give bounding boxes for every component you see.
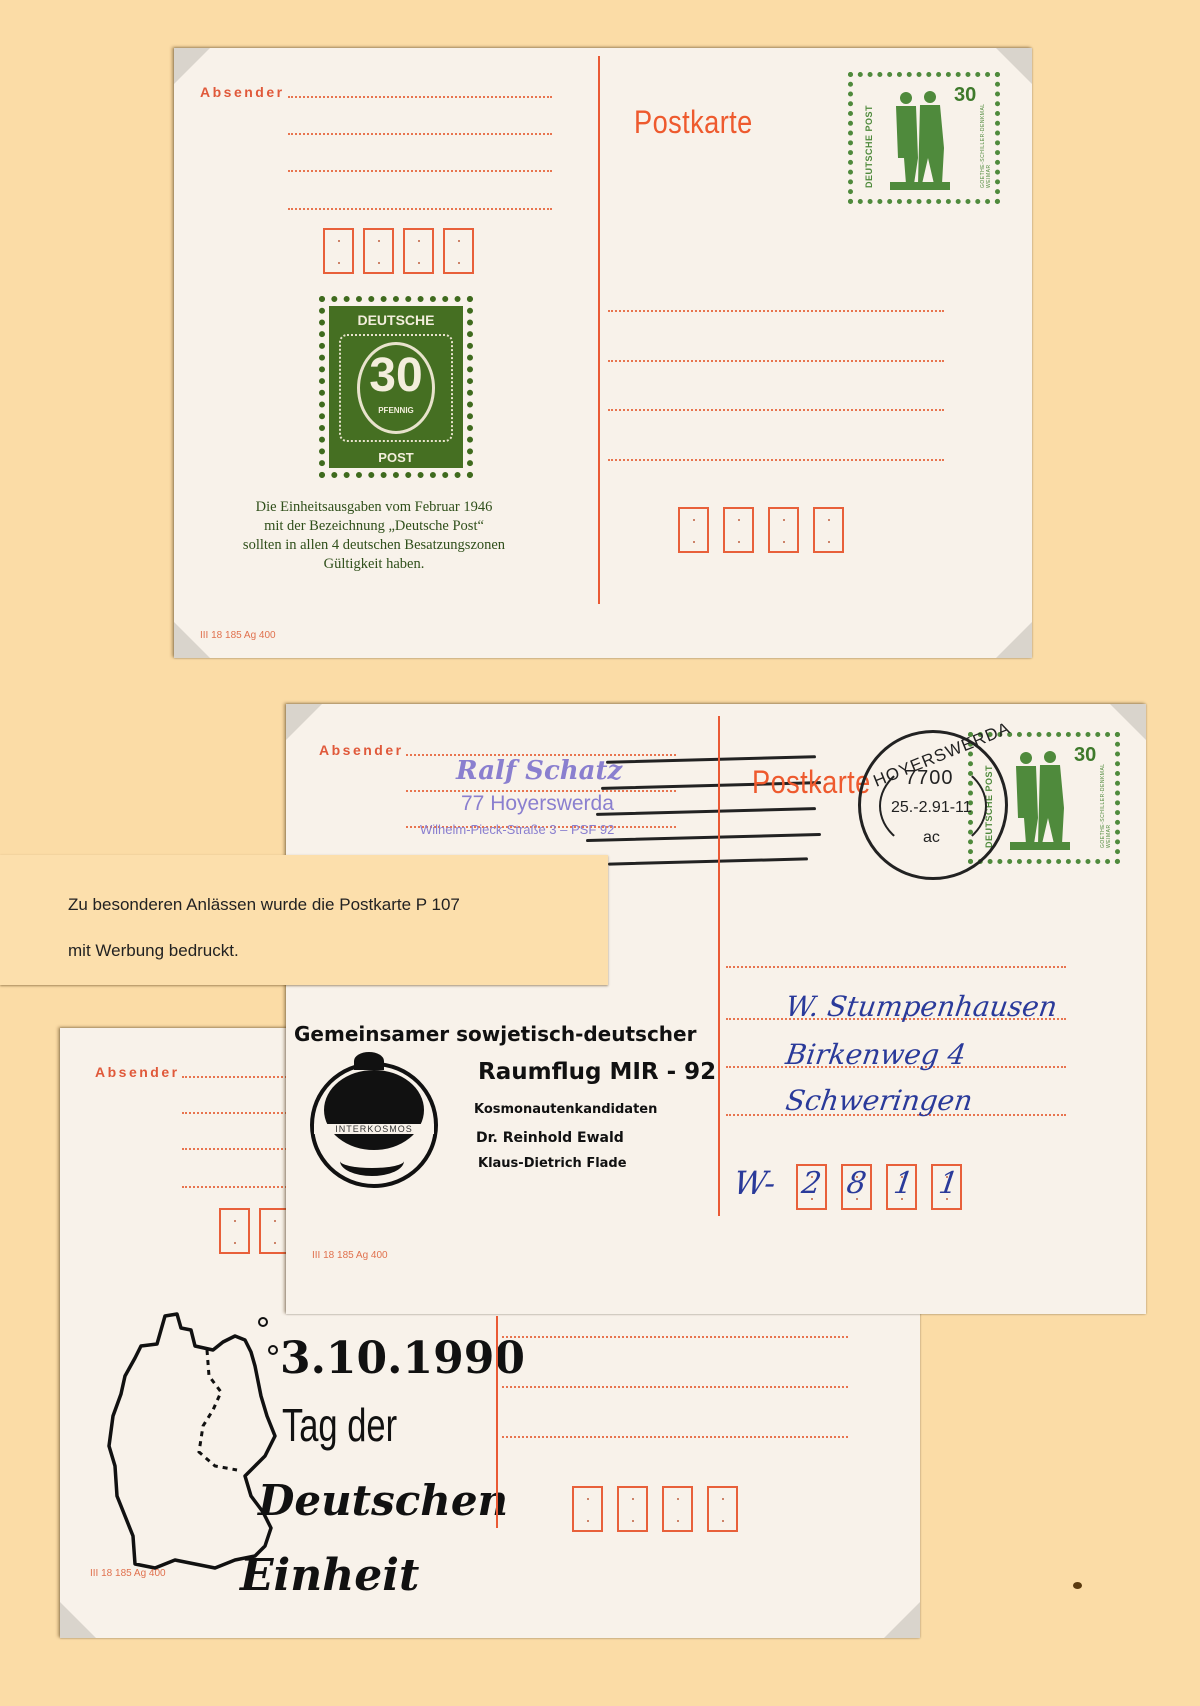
stamp-bottom-text: POST xyxy=(329,450,463,465)
goethe-schiller-stamp: DEUTSCHE POST 30 GOETHE-SCHILLER-DENKMAL… xyxy=(848,72,1000,204)
zip-digit: 1 xyxy=(937,1166,961,1201)
stamp-top-text: DEUTSCHE xyxy=(329,312,463,328)
address-line xyxy=(726,966,1066,968)
print-code: III 18 185 Ag 400 xyxy=(200,630,276,641)
sender-line xyxy=(288,96,552,98)
photo-corner xyxy=(996,48,1032,84)
sender-zip-box xyxy=(219,1208,250,1254)
photo-corner xyxy=(884,1602,920,1638)
address-line xyxy=(608,409,944,411)
zip-box xyxy=(813,507,844,553)
zip-box: 1 xyxy=(931,1164,962,1210)
address-line xyxy=(502,1336,848,1338)
sender-stamp-name: Ralf Schatz xyxy=(456,756,622,786)
advert-line-2: Raumflug MIR - 92 xyxy=(478,1059,716,1085)
postcard-einheitsausgaben: Absender DEUTSCHE 30 PFENNIG POST Die Ei… xyxy=(174,48,1032,658)
zip-box xyxy=(707,1486,738,1532)
address-line xyxy=(502,1386,848,1388)
postkarte-title: Postkarte xyxy=(752,764,871,801)
stamp-value: 30 xyxy=(1074,744,1096,767)
postkarte-title: Postkarte xyxy=(634,104,753,141)
sender-line xyxy=(288,133,552,135)
sender-stamp-city: 77 Hoyerswerda xyxy=(461,792,614,816)
zip-digit: 1 xyxy=(892,1166,916,1201)
sender-label: Absender xyxy=(319,742,404,758)
sender-zip-box xyxy=(363,228,394,274)
zip-box: 8 xyxy=(841,1164,872,1210)
unity-line-tag-der: Tag der xyxy=(282,1398,397,1452)
postmark-postcode: 7700 xyxy=(905,767,954,790)
zip-box: 2 xyxy=(796,1164,827,1210)
photo-corner xyxy=(60,1602,96,1638)
postmark: HOYERSWERDA 7700 25.-2.91-11 ac xyxy=(858,730,1008,880)
recipient-city: Schweringen xyxy=(784,1084,975,1117)
zip-box xyxy=(617,1486,648,1532)
advert-line-5: Klaus-Dietrich Flade xyxy=(478,1156,627,1171)
sender-line xyxy=(182,1148,302,1150)
sender-line xyxy=(182,1076,302,1078)
divider-line xyxy=(718,716,720,1216)
sender-line xyxy=(288,208,552,210)
zip-digit: 8 xyxy=(845,1166,869,1201)
cancellation-line xyxy=(608,857,808,865)
print-code: III 18 185 Ag 400 xyxy=(312,1250,388,1261)
zip-box xyxy=(662,1486,693,1532)
postmark-date: 25.-2.91-11 xyxy=(891,799,972,817)
statue-icon xyxy=(1004,748,1074,850)
postcard-mir92: Absender Ralf Schatz 77 Hoyerswerda Wilh… xyxy=(286,704,1146,1314)
germany-map-icon xyxy=(95,1306,295,1586)
zip-digit: 2 xyxy=(800,1166,824,1201)
stamp-caption: GOETHE-SCHILLER-DENKMAL WEIMAR xyxy=(1100,748,1112,848)
zip-box xyxy=(572,1486,603,1532)
stamp-value: 30 xyxy=(329,348,463,403)
zip-box xyxy=(678,507,709,553)
cancellation-line xyxy=(596,807,816,816)
address-line xyxy=(608,310,944,312)
note-line-2: mit Werbung bedruckt. xyxy=(68,941,239,961)
advert-line-3: Kosmonautenkandidaten xyxy=(474,1102,657,1117)
unity-date: 3.10.1990 xyxy=(280,1333,525,1384)
cancellation-line xyxy=(606,755,816,763)
sender-line xyxy=(182,1112,302,1114)
address-line xyxy=(502,1436,848,1438)
recipient-name: W. Stumpenhausen xyxy=(784,990,1060,1023)
stamp-value: 30 xyxy=(954,84,976,107)
print-code: III 18 185 Ag 400 xyxy=(90,1568,166,1579)
zip-box xyxy=(723,507,754,553)
interkosmos-logo: INTERKOSMOS xyxy=(310,1062,438,1188)
advert-line-4: Dr. Reinhold Ewald xyxy=(476,1130,624,1146)
photo-corner xyxy=(996,622,1032,658)
sender-line xyxy=(182,1186,302,1188)
stamp-unit: PFENNIG xyxy=(329,406,463,415)
album-speck xyxy=(1073,1582,1082,1589)
postmark-code: ac xyxy=(923,829,940,847)
stamp-caption: GOETHE-SCHILLER-DENKMAL WEIMAR xyxy=(980,88,992,188)
address-line xyxy=(608,459,944,461)
sender-label: Absender xyxy=(95,1064,180,1080)
divider-line xyxy=(496,1316,498,1528)
recipient-country-prefix: W- xyxy=(731,1164,778,1202)
statue-icon xyxy=(884,88,954,190)
sender-label: Absender xyxy=(200,84,285,100)
advert-line-1: Gemeinsamer sowjetisch-deutscher xyxy=(294,1022,696,1046)
stamp-country: DEUTSCHE POST xyxy=(864,88,874,188)
sender-line xyxy=(288,170,552,172)
unity-line-einheit: Einheit xyxy=(240,1550,419,1601)
photo-corner xyxy=(286,704,322,740)
photo-corner xyxy=(174,48,210,84)
cancellation-line xyxy=(586,833,821,842)
logo-text: INTERKOSMOS xyxy=(314,1124,434,1134)
explanatory-note: Zu besonderen Anlässen wurde die Postkar… xyxy=(0,855,608,985)
sender-stamp-street: Wilhelm-Pieck-Straße 3 – PSF 92 xyxy=(420,822,614,837)
pfennig-stamp-illustration: DEUTSCHE 30 PFENNIG POST xyxy=(319,296,473,478)
sender-zip-box xyxy=(403,228,434,274)
zip-box: 1 xyxy=(886,1164,917,1210)
divider-line xyxy=(598,56,600,604)
sender-zip-box xyxy=(443,228,474,274)
info-text: Die Einheitsausgaben vom Februar 1946 mi… xyxy=(194,498,554,574)
note-line-1: Zu besonderen Anlässen wurde die Postkar… xyxy=(68,895,460,915)
recipient-street: Birkenweg 4 xyxy=(784,1038,968,1071)
unity-line-deutschen: Deutschen xyxy=(258,1476,508,1525)
zip-box xyxy=(768,507,799,553)
address-line xyxy=(608,360,944,362)
sender-zip-box xyxy=(323,228,354,274)
